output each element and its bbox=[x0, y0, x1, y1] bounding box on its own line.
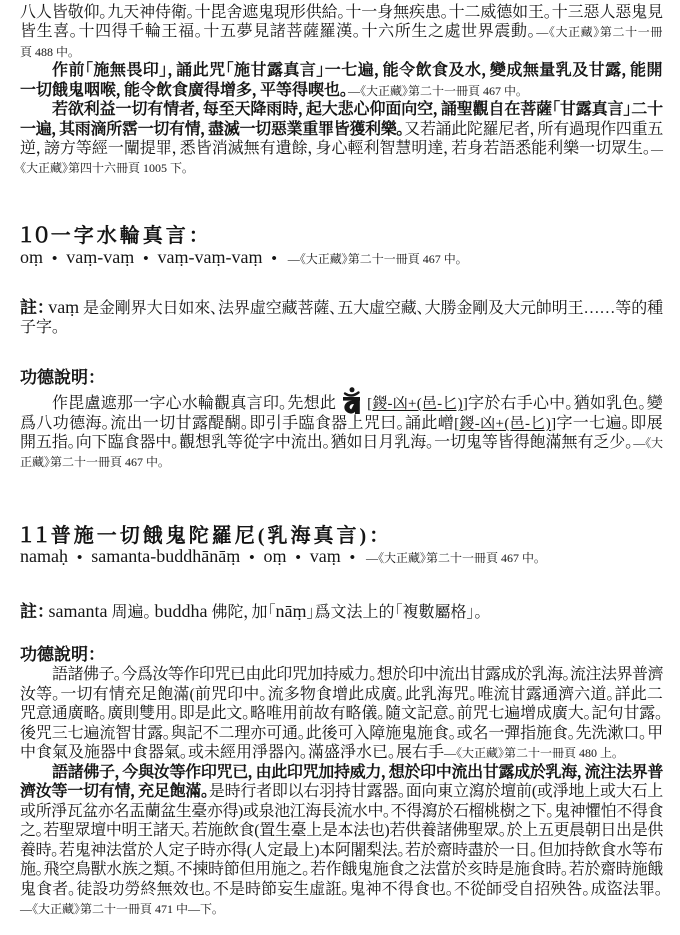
body-text: 鬼食者。徒設功勞終無效也。不是時節妄生虛誑。鬼神不得食也。不從師受自招殃咎。成盜… bbox=[20, 881, 663, 898]
text-line: 鬼食者。徒設功勞終無效也。不是時節妄生虛誑。鬼神不得食也。不從師受自招殃咎。成盜… bbox=[20, 880, 663, 900]
citation: —《大正藏》第二十一冊頁 467 中。 bbox=[288, 252, 462, 266]
body-text: 中食氣及施器中食器氣。或未經用淨器內。滿盛淨水已。展右手 bbox=[20, 744, 444, 761]
text-line: 養時。若鬼神法當於人定子時亦得(人定最上)本阿闍梨法。若於齋時盡於一日。但加持飲… bbox=[20, 841, 663, 861]
text-line: 或所淨瓦盆亦名盂蘭盆生臺亦得)或泉池江海長流水中。不得瀉於石榴桃樹之下。鬼神懼怕… bbox=[20, 802, 663, 822]
mantra-syllable: oṃ bbox=[263, 546, 286, 566]
heading-text: １１普施一切餓鬼陀羅尼(乳海真言)： bbox=[20, 525, 382, 547]
text-line: 開五指。向下臨食器中。觀想乳等從字中流出。猶如日月乳海。一切鬼等皆得飽滿無有乏少… bbox=[20, 433, 663, 453]
mantra-separator: • bbox=[77, 547, 82, 569]
text-line: 語諸佛子，今與汝等作印咒已，由此印咒加持威力，想於印中流出甘露成於乳海，流注法界… bbox=[52, 763, 663, 783]
line-content: 頁 488 中。 bbox=[20, 43, 74, 60]
citation: 《大正藏》第四十六冊頁 1005 下。 bbox=[20, 161, 188, 175]
line-content: 開五指。向下臨食器中。觀想乳等從字中流出。猶如日月乳海。一切鬼等皆得飽滿無有乏少… bbox=[20, 434, 663, 451]
text-line: 作前「施無畏印」，誦此咒「施甘露真言」一七遍，能令飲食及水，變成無量乳及甘露，能… bbox=[52, 61, 663, 81]
citation: —《大正藏》第二十一冊頁 467 中。 bbox=[366, 551, 540, 565]
sanskrit-term: vaṃ bbox=[48, 297, 79, 317]
mantra-syllable: oṃ bbox=[20, 247, 43, 267]
line-content: 濟汝等一切有情，充足飽滿。是時行者即以右羽持甘露器。面向東立瀉於壇前(或淨地上或… bbox=[20, 783, 663, 800]
gloss-text: 周遍。 bbox=[111, 604, 151, 621]
text-line: 逆，謗方等經一闡提罪，悉皆消滅無有遺餘，身心輕利智慧明達，若身若語悉能利樂一切眾… bbox=[20, 139, 663, 159]
bold-text: 語諸佛子，今與汝等作印咒已，由此印咒加持威力，想於印中流出甘露成於乳海，流注法界… bbox=[52, 764, 663, 781]
body-text: 語諸佛子。今爲汝等作印咒已由此印咒加持威力。想於印中流出甘露成於乳海。流注法界普… bbox=[52, 666, 663, 683]
text-line: 一遍，其雨滴所霑一切有情，盡滅一切惡業重罪皆獲利樂。又若誦此陀羅尼者，所有過現作… bbox=[20, 120, 663, 140]
text-line: 之。若聖眾壇中明王諸天。若施飲食(置生臺上是本法也)若供養諸佛聖眾。於上五更晨朝… bbox=[20, 821, 663, 841]
line-content: 一遍，其雨滴所霑一切有情，盡滅一切惡業重罪皆獲利樂。又若誦此陀羅尼者，所有過現作… bbox=[20, 121, 663, 138]
mantra-separator: • bbox=[350, 547, 355, 569]
body-text: 是金剛界大日如來、法界虛空藏菩薩、五大虛空藏、大勝金剛及大元帥明王……等的種 bbox=[83, 300, 663, 317]
line-content: 八人皆敬仰。九天神侍衛。十毘舍遮鬼現形供給。十一身無疾患。十二威德如王。十三惡人… bbox=[20, 4, 663, 21]
line-content: 之。若聖眾壇中明王諸天。若施飲食(置生臺上是本法也)若供養諸佛聖眾。於上五更晨朝… bbox=[20, 822, 663, 839]
bold-text: 若欲利益一切有情者，每至天降雨時，起大悲心仰面向空，誦聖觀自在菩薩「甘露真言」二… bbox=[52, 101, 663, 118]
text-line: 《大正藏》第四十六冊頁 1005 下。 bbox=[20, 158, 663, 178]
body-text: 咒意通廣略。廣則雙用。即是此文。略唯用前故有略儀。隨文記意。前咒七遍增成廣大。記… bbox=[20, 705, 663, 722]
text-line: 一切餓鬼咽喉，能令飲食廣得增多，平等得喫也。—《大正藏》第二十一冊頁 467 中… bbox=[20, 81, 663, 101]
body-text: 又若誦此陀羅尼者，所有過現作四重五 bbox=[404, 121, 663, 138]
line-content: 施。飛空鳥獸水族之類。不揀時節但用施之。若作餓鬼施食之法當於亥時是施食時。若於齋… bbox=[20, 861, 663, 878]
mantra-separator: • bbox=[272, 248, 277, 270]
heading-text: １０一字水輪真言： bbox=[20, 225, 202, 247]
citation: 正藏》第二十一冊頁 467 中。 bbox=[20, 455, 164, 469]
text-line: 頁 488 中。 bbox=[20, 42, 663, 62]
body-text: 或所淨瓦盆亦名盂蘭盆生臺亦得)或泉池江海長流水中。不得瀉於石榴桃樹之下。鬼神懼怕… bbox=[20, 803, 663, 820]
line-content: 語諸佛子。今爲汝等作印咒已由此印咒加持威力。想於印中流出甘露成於乳海。流注法界普… bbox=[52, 666, 663, 683]
text-line: 正藏》第二十一冊頁 467 中。 bbox=[20, 452, 663, 472]
bold-text: 作前「施無畏印」，誦此咒「施甘露真言」一七遍，能令飲食及水，變成無量乳及甘露，能… bbox=[52, 62, 663, 79]
line-content: 或所淨瓦盆亦名盂蘭盆生臺亦得)或泉池江海長流水中。不得瀉於石榴桃樹之下。鬼神懼怕… bbox=[20, 803, 663, 820]
line-content: —《大正藏》第二十一冊頁 471 中—下。 bbox=[20, 900, 218, 917]
citation: —《大 bbox=[633, 436, 663, 450]
citation: 頁 488 中。 bbox=[20, 45, 74, 59]
body-text: 爲八功德海。流出一切甘露醍醐。即引手臨食器上咒曰。誦此嶒 bbox=[20, 415, 454, 432]
body-text: 養時。若鬼神法當於人定子時亦得(人定最上)本阿闍梨法。若於齋時盡於一日。但加持飲… bbox=[20, 842, 663, 859]
note-line: 註：samanta周遍。buddha佛陀，加「nāṃ」爲文法上的「複數屬格」。 bbox=[20, 600, 663, 622]
text-line: 中食氣及施器中食器氣。或未經用淨器內。滿盛淨水已。展右手—《大正藏》第二十一冊頁… bbox=[20, 743, 663, 763]
body-text: 汝等。一切有情充足飽滿(前咒印中。流多物食增此成廣。此乳海咒。唯流甘露通濟六道。… bbox=[20, 686, 663, 703]
text-line: 爲八功德海。流出一切甘露醍醐。即引手臨食器上咒曰。誦此嶒[鍐-凶+(邑-匕)]字… bbox=[20, 414, 663, 434]
mantra-line: oṃ•vaṃ-vaṃ•vaṃ-vaṃ-vaṃ•—《大正藏》第二十一冊頁 467 … bbox=[20, 246, 663, 268]
heading-text: 功德說明： bbox=[20, 368, 97, 387]
line-content: 正藏》第二十一冊頁 467 中。 bbox=[20, 453, 164, 470]
line-content: 後咒三七遍流智甘露。與記不二理亦可通。此後可入障施鬼施食。或名一彈指施食。先洗漱… bbox=[20, 725, 663, 742]
mantra-line: namaḥ•samanta-buddhānāṃ•oṃ•vaṃ•—《大正藏》第二十… bbox=[20, 545, 663, 567]
compound-character-notation: 鍐-凶+(邑-匕) bbox=[372, 396, 462, 412]
text-line: 汝等。一切有情充足飽滿(前咒印中。流多物食增此成廣。此乳海咒。唯流甘露通濟六道。… bbox=[20, 685, 663, 705]
heading-text: 功德說明： bbox=[20, 645, 97, 664]
merit-heading: 功德說明： bbox=[20, 644, 663, 666]
mantra-separator: • bbox=[249, 547, 254, 569]
note-label: 註： bbox=[20, 298, 45, 317]
body-text: 字一七遍。即展 bbox=[556, 415, 663, 432]
document-page: 八人皆敬仰。九天神侍衛。十毘舍遮鬼現形供給。十一身無疾患。十二威德如王。十三惡人… bbox=[0, 0, 680, 935]
text-line: 八人皆敬仰。九天神侍衛。十毘舍遮鬼現形供給。十一身無疾患。十二威德如王。十三惡人… bbox=[20, 3, 663, 23]
citation: —《大正藏》第二十一冊頁 471 中—下。 bbox=[20, 902, 218, 916]
body-text: 子字。 bbox=[20, 319, 60, 336]
body-text: 皆生喜。十四得千輪王福。十五夢見諸菩薩羅漢。十六所生之處世界震動。 bbox=[20, 23, 536, 40]
text-line: 後咒三七遍流智甘露。與記不二理亦可通。此後可入障施鬼施食。或名一彈指施食。先洗漱… bbox=[20, 724, 663, 744]
line-content: 中食氣及施器中食器氣。或未經用淨器內。滿盛淨水已。展右手—《大正藏》第二十一冊頁… bbox=[20, 744, 618, 761]
mantra-separator: • bbox=[52, 248, 57, 270]
line-content: 子字。 bbox=[20, 319, 60, 336]
line-content: 皆生喜。十四得千輪王福。十五夢見諸菩薩羅漢。十六所生之處世界震動。—《大正藏》第… bbox=[20, 23, 663, 40]
body-text: 八人皆敬仰。九天神侍衛。十毘舍遮鬼現形供給。十一身無疾患。十二威德如王。十三惡人… bbox=[20, 4, 663, 21]
body-text: 開五指。向下臨食器中。觀想乳等從字中流出。猶如日月乳海。一切鬼等皆得飽滿無有乏少… bbox=[20, 434, 633, 451]
line-content: 作毘盧遮那一字心水輪觀真言印。先想此[鍐-凶+(邑-匕)]字於右手心中。猶如乳色… bbox=[52, 395, 663, 412]
note-line: 子字。 bbox=[20, 318, 663, 338]
gloss-text: 佛陀，加「 bbox=[212, 604, 276, 621]
bold-text: 一切餓鬼咽喉，能令飲食廣得增多，平等得喫也。 bbox=[20, 82, 348, 99]
citation: —《大正藏》第二十一冊頁 480 上。 bbox=[444, 746, 618, 760]
text-line: 若欲利益一切有情者，每至天降雨時，起大悲心仰面向空，誦聖觀自在菩薩「甘露真言」二… bbox=[52, 100, 663, 120]
body-text: 施。飛空鳥獸水族之類。不揀時節但用施之。若作餓鬼施食之法當於亥時是施食時。若於齋… bbox=[20, 861, 663, 878]
mantra-separator: • bbox=[295, 547, 300, 569]
siddham-vam-glyph-icon bbox=[339, 396, 363, 410]
bold-text: 一遍，其雨滴所霑一切有情，盡滅一切惡業重罪皆獲利樂。 bbox=[20, 121, 404, 138]
text-line: —《大正藏》第二十一冊頁 471 中—下。 bbox=[20, 899, 663, 919]
body-text: 之。若聖眾壇中明王諸天。若施飲食(置生臺上是本法也)若供養諸佛聖眾。於上五更晨朝… bbox=[20, 822, 663, 839]
line-content: 逆，謗方等經一闡提罪，悉皆消滅無有遺餘，身心輕利智慧明達，若身若語悉能利樂一切眾… bbox=[20, 140, 663, 157]
line-content: 爲八功德海。流出一切甘露醍醐。即引手臨食器上咒曰。誦此嶒[鍐-凶+(邑-匕)]字… bbox=[20, 415, 663, 432]
line-content: 養時。若鬼神法當於人定子時亦得(人定最上)本阿闍梨法。若於齋時盡於一日。但加持飲… bbox=[20, 842, 663, 859]
line-content: 若欲利益一切有情者，每至天降雨時，起大悲心仰面向空，誦聖觀自在菩薩「甘露真言」二… bbox=[52, 101, 663, 118]
text-line: 咒意通廣略。廣則雙用。即是此文。略唯用前故有略儀。隨文記意。前咒七遍增成廣大。記… bbox=[20, 704, 663, 724]
body-text: 逆，謗方等經一闡提罪，悉皆消滅無有遺餘，身心輕利智慧明達，若身若語悉能利樂一切眾… bbox=[20, 140, 651, 157]
text-line: 皆生喜。十四得千輪王福。十五夢見諸菩薩羅漢。十六所生之處世界震動。—《大正藏》第… bbox=[20, 22, 663, 42]
body-text: 作毘盧遮那一字心水輪觀真言印。先想此 bbox=[52, 395, 336, 412]
text-line: 施。飛空鳥獸水族之類。不揀時節但用施之。若作餓鬼施食之法當於亥時是施食時。若於齋… bbox=[20, 860, 663, 880]
line-content: 註：samanta周遍。buddha佛陀，加「nāṃ」爲文法上的「複數屬格」。 bbox=[20, 604, 483, 621]
text-line: 語諸佛子。今爲汝等作印咒已由此印咒加持威力。想於印中流出甘露成於乳海。流注法界普… bbox=[52, 665, 663, 685]
siddham-vam-svg bbox=[340, 387, 362, 415]
line-content: 語諸佛子，今與汝等作印咒已，由此印咒加持威力，想於印中流出甘露成於乳海，流注法界… bbox=[52, 764, 663, 781]
bold-text: 濟汝等一切有情，充足飽滿。 bbox=[20, 783, 209, 800]
text-line: 作毘盧遮那一字心水輪觀真言印。先想此[鍐-凶+(邑-匕)]字於右手心中。猶如乳色… bbox=[52, 394, 663, 414]
mantra-syllable: vaṃ bbox=[310, 546, 341, 566]
sanskrit-term: buddha bbox=[155, 601, 208, 621]
body-text: 後咒三七遍流智甘露。與記不二理亦可通。此後可入障施鬼施食。或名一彈指施食。先洗漱… bbox=[20, 725, 663, 742]
citation: —《大正藏》第二十一冊 bbox=[536, 25, 663, 39]
note-line: 註：vaṃ是金剛界大日如來、法界虛空藏菩薩、五大虛空藏、大勝金剛及大元帥明王……… bbox=[20, 296, 663, 318]
citation: —《大正藏》第二十一冊頁 467 中。 bbox=[348, 84, 522, 98]
mantra-syllable: vaṃ-vaṃ bbox=[66, 247, 134, 267]
line-content: 鬼食者。徒設功勞終無效也。不是時節妄生虛誑。鬼神不得食也。不從師受自招殃咎。成盜… bbox=[20, 881, 663, 898]
line-content: 汝等。一切有情充足飽滿(前咒印中。流多物食增此成廣。此乳海咒。唯流甘露通濟六道。… bbox=[20, 686, 663, 703]
line-content: 作前「施無畏印」，誦此咒「施甘露真言」一七遍，能令飲食及水，變成無量乳及甘露，能… bbox=[52, 62, 663, 79]
compound-character-notation: 鍐-凶+(邑-匕) bbox=[459, 416, 551, 432]
sanskrit-term: samanta bbox=[49, 601, 108, 621]
line-content: 註：vaṃ是金剛界大日如來、法界虛空藏菩薩、五大虛空藏、大勝金剛及大元帥明王……… bbox=[20, 300, 663, 317]
mantra-separator: • bbox=[143, 248, 148, 270]
text-line: 濟汝等一切有情，充足飽滿。是時行者即以右羽持甘露器。面向東立瀉於壇前(或淨地上或… bbox=[20, 782, 663, 802]
sanskrit-term: nāṃ bbox=[276, 601, 307, 621]
note-label: 註： bbox=[20, 602, 46, 621]
line-content: 咒意通廣略。廣則雙用。即是此文。略唯用前故有略儀。隨文記意。前咒七遍增成廣大。記… bbox=[20, 705, 663, 722]
citation-dash: — bbox=[651, 142, 663, 156]
merit-heading: 功德說明： bbox=[20, 367, 663, 389]
mantra-syllable: vaṃ-vaṃ-vaṃ bbox=[158, 247, 263, 267]
gloss-text: 」爲文法上的「複數屬格」。 bbox=[307, 604, 483, 621]
body-text: 是時行者即以右羽持甘露器。面向東立瀉於壇前(或淨地上或大石上 bbox=[209, 783, 663, 800]
mantra-syllable: samanta-buddhānāṃ bbox=[91, 546, 240, 566]
mantra-syllable: namaḥ bbox=[20, 546, 68, 566]
line-content: 《大正藏》第四十六冊頁 1005 下。 bbox=[20, 159, 188, 176]
body-text: 字於右手心中。猶如乳色。變 bbox=[468, 395, 663, 412]
line-content: 一切餓鬼咽喉，能令飲食廣得增多，平等得喫也。—《大正藏》第二十一冊頁 467 中… bbox=[20, 82, 522, 99]
